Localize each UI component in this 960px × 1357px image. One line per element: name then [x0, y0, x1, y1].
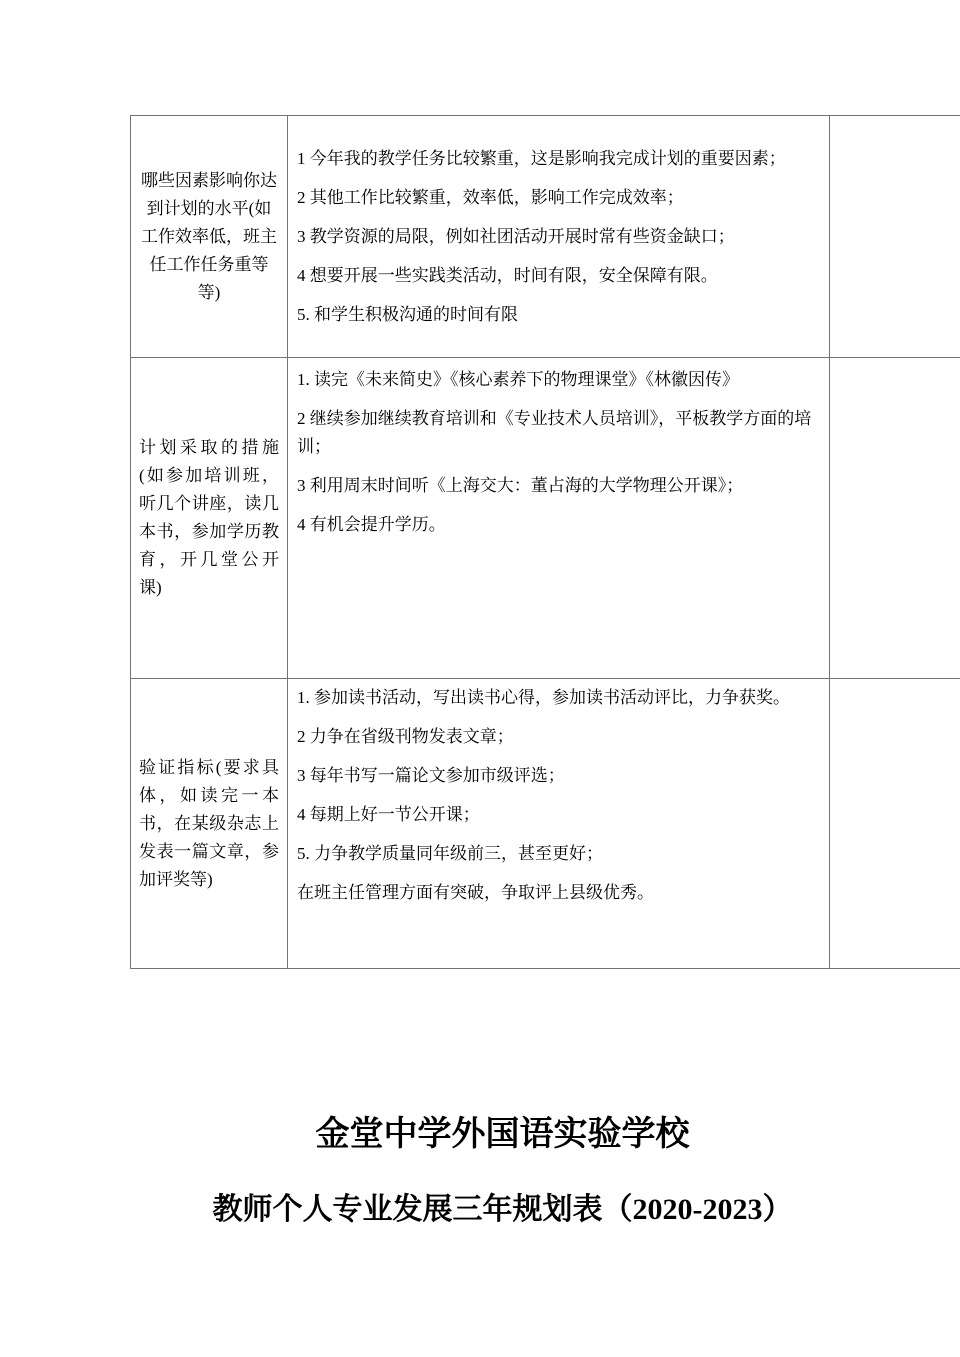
- content-item: 在班主任管理方面有突破，争取评上县级优秀。: [297, 879, 817, 907]
- content-item: 5. 和学生积极沟通的时间有限: [297, 301, 817, 329]
- table-row: 哪些因素影响你达到计划的水平(如工作效率低，班主任工作任务重等等) 1 今年我的…: [131, 116, 960, 358]
- content-item: 3 利用周末时间听《上海交大：董占海的大学物理公开课》；: [297, 472, 817, 500]
- note-cell: [830, 679, 960, 969]
- content-item: 4 每期上好一节公开课；: [297, 801, 817, 829]
- content-item: 3 教学资源的局限，例如社团活动开展时常有些资金缺口；: [297, 223, 817, 251]
- content-item: 4 有机会提升学历。: [297, 511, 817, 539]
- document-page: 哪些因素影响你达到计划的水平(如工作效率低，班主任工作任务重等等) 1 今年我的…: [0, 0, 960, 1357]
- plan-title: 教师个人专业发展三年规划表（2020-2023）: [130, 1189, 875, 1231]
- row-label-verification: 验证指标(要求具体，如读完一本书，在某级杂志上发表一篇文章，参加评奖等): [131, 679, 288, 969]
- row-label-factors: 哪些因素影响你达到计划的水平(如工作效率低，班主任工作任务重等等): [131, 116, 288, 358]
- note-cell: [830, 116, 960, 358]
- table-row: 验证指标(要求具体，如读完一本书，在某级杂志上发表一篇文章，参加评奖等) 1. …: [131, 679, 960, 969]
- content-item: 4 想要开展一些实践类活动，时间有限，安全保障有限。: [297, 262, 817, 290]
- content-item: 5. 力争教学质量同年级前三，甚至更好；: [297, 840, 817, 868]
- content-item: 2 继续参加继续教育培训和《专业技术人员培训》，平板教学方面的培训；: [297, 405, 817, 461]
- content-item: 1 今年我的教学任务比较繁重，这是影响我完成计划的重要因素；: [297, 145, 817, 173]
- content-item: 2 力争在省级刊物发表文章；: [297, 723, 817, 751]
- content-item: 1. 读完《未来简史》《核心素养下的物理课堂》《林徽因传》: [297, 366, 817, 394]
- plan-table: 哪些因素影响你达到计划的水平(如工作效率低，班主任工作任务重等等) 1 今年我的…: [130, 115, 960, 969]
- table-row: 计划采取的措施(如参加培训班，听几个讲座，读几本书，参加学历教育，开几堂公开课)…: [131, 358, 960, 679]
- content-item: 1. 参加读书活动，写出读书心得，参加读书活动评比，力争获奖。: [297, 684, 817, 712]
- row-content-verification: 1. 参加读书活动，写出读书心得，参加读书活动评比，力争获奖。 2 力争在省级刊…: [288, 679, 830, 969]
- row-content-factors: 1 今年我的教学任务比较繁重，这是影响我完成计划的重要因素； 2 其他工作比较繁…: [288, 116, 830, 358]
- content-item: 3 每年书写一篇论文参加市级评选；: [297, 762, 817, 790]
- note-cell: [830, 358, 960, 679]
- row-label-measures: 计划采取的措施(如参加培训班，听几个讲座，读几本书，参加学历教育，开几堂公开课): [131, 358, 288, 679]
- content-item: 2 其他工作比较繁重，效率低，影响工作完成效率；: [297, 184, 817, 212]
- school-title: 金堂中学外国语实验学校: [130, 1114, 875, 1156]
- row-content-measures: 1. 读完《未来简史》《核心素养下的物理课堂》《林徽因传》 2 继续参加继续教育…: [288, 358, 830, 679]
